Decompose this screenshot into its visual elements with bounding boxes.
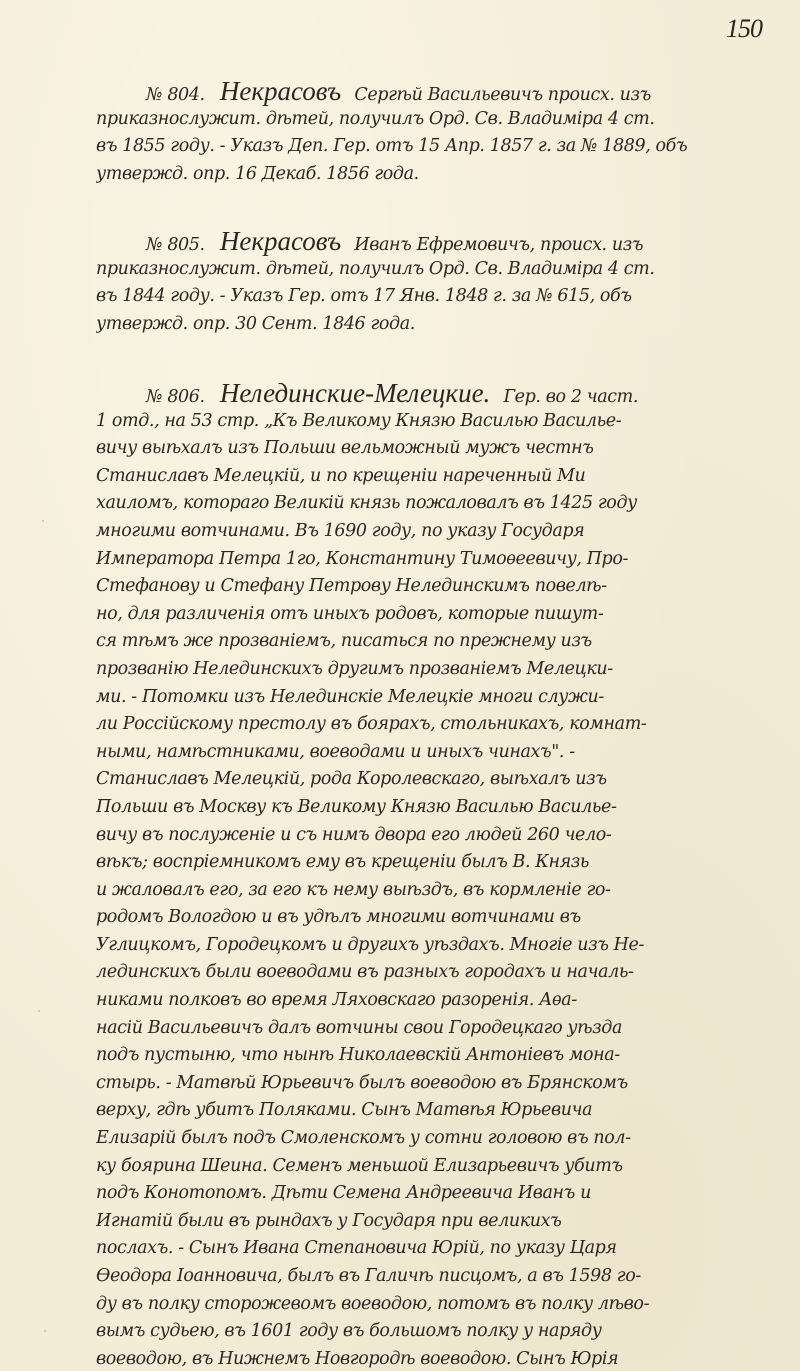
entry-text: Сергѣй Васильевичъ происх. изъ (354, 85, 651, 105)
entry-text-line: Углицкомъ, Городецкомъ и другихъ уѣздахъ… (96, 932, 766, 960)
entry-text-line: Станиславъ Мелецкій, рода Королевскаго, … (96, 766, 766, 794)
entry-text: Гер. во 2 част. (503, 387, 638, 407)
paper-speck (150, 1335, 152, 1337)
entry-805: № 805. Некрасовъ Иванъ Ефремовичъ, проис… (96, 228, 766, 338)
entry-text-line: вичу въ послуженіе и съ нимъ двора его л… (96, 822, 766, 850)
entry-text-line: подъ пустыню, что нынѣ Николаевскій Анто… (96, 1042, 766, 1070)
entry-text: Иванъ Ефремовичъ, происх. изъ (354, 235, 643, 255)
entry-text-line: 1 отд., на 53 стр. „Къ Великому Князю Ва… (96, 408, 766, 436)
entry-text-line: въ 1855 году. - Указъ Деп. Гер. отъ 15 А… (96, 133, 766, 161)
paper-speck (38, 1010, 40, 1012)
entry-text-line: лединскихъ были воеводами въ разныхъ гор… (96, 959, 766, 987)
entry-text-line: приказнослужит. дѣтей, получилъ Орд. Св.… (96, 106, 766, 134)
entry-text-line: ся тѣмъ же прозваніемъ, писаться по преж… (96, 628, 766, 656)
entry-text-line: ду въ полку сторожевомъ воеводою, потомъ… (96, 1291, 766, 1319)
entry-text-line: хаиломъ, котораго Великій князь пожалова… (96, 490, 766, 518)
entry-surname: Некрасовъ (220, 228, 341, 256)
entry-surname: Нелединские-Мелецкие. (220, 380, 490, 408)
entry-text-line: стырь. - Матвѣй Юрьевичъ былъ воеводою в… (96, 1070, 766, 1098)
entry-surname: Некрасовъ (220, 78, 341, 106)
entry-text-line: утвержд. опр. 30 Сент. 1846 года. (96, 311, 766, 339)
entry-text-line: вымъ судьею, въ 1601 году въ большомъ по… (96, 1318, 766, 1346)
entry-text-line: насій Васильевичъ далъ вотчины свои Горо… (96, 1015, 766, 1043)
entry-text-line: родомъ Вологдою и въ удѣлъ многими вотчи… (96, 904, 766, 932)
entry-text-line: Ѳеодора Іоанновича, былъ въ Галичѣ писцо… (96, 1263, 766, 1291)
entry-text-line: ными, намѣстниками, воеводами и иныхъ чи… (96, 739, 766, 767)
entry-number: № 804. (146, 85, 205, 105)
entry-text-line: подъ Конотопомъ. Дѣти Семена Андреевича … (96, 1180, 766, 1208)
entry-text-line: Польши въ Москву къ Великому Князю Васил… (96, 794, 766, 822)
paper-speck (42, 520, 44, 522)
entry-number: № 805. (146, 235, 205, 255)
entry-text-line: ку боярина Шеина. Семенъ меньшой Елизарь… (96, 1153, 766, 1181)
entry-text-line: утвержд. опр. 16 Декаб. 1856 года. (96, 161, 766, 189)
entry-text-line: никами полковъ во время Ляховскаго разор… (96, 987, 766, 1015)
entry-text-line: многими вотчинами. Въ 1690 году, по указ… (96, 518, 766, 546)
entry-heading-line: № 806. Нелединские-Мелецкие. Гер. во 2 ч… (96, 380, 766, 408)
entry-text-line: въ 1844 году. - Указъ Гер. отъ 17 Янв. 1… (96, 283, 766, 311)
entry-text-line: Елизарій былъ подъ Смоленскомъ у сотни г… (96, 1125, 766, 1153)
entry-text-line: Игнатій были въ рындахъ у Государя при в… (96, 1208, 766, 1236)
paper-speck (44, 1330, 46, 1332)
entry-number: № 806. (146, 387, 205, 407)
entry-text-line: ли Россійскому престолу въ боярахъ, стол… (96, 711, 766, 739)
entry-text-line: прозванію Нелединскихъ другимъ прозваніе… (96, 656, 766, 684)
entry-text-line: верху, гдѣ убитъ Поляками. Сынъ Матвѣя Ю… (96, 1097, 766, 1125)
entry-806: № 806. Нелединские-Мелецкие. Гер. во 2 ч… (96, 380, 766, 1371)
entry-text-line: вичу выѣхалъ изъ Польши вельможный мужъ … (96, 435, 766, 463)
document-page: 150 № 804. Некрасовъ Сергѣй Васильевичъ … (0, 0, 800, 1371)
entry-text-line: Императора Петра 1го, Константину Тимоѳе… (96, 546, 766, 574)
entry-804: № 804. Некрасовъ Сергѣй Васильевичъ прои… (96, 78, 766, 188)
entry-heading-line: № 804. Некрасовъ Сергѣй Васильевичъ прои… (96, 78, 766, 106)
entry-heading-line: № 805. Некрасовъ Иванъ Ефремовичъ, проис… (96, 228, 766, 256)
entry-text-line: послахъ. - Сынъ Ивана Степановича Юрій, … (96, 1235, 766, 1263)
page-number: 150 (726, 14, 762, 44)
entry-text-line: и жаловалъ его, за его къ нему выѣздъ, в… (96, 877, 766, 905)
entry-text-line: воеводою, въ Нижнемъ Новгородѣ воеводою.… (96, 1346, 766, 1371)
entry-text-line: вѣкъ; воспріемникомъ ему въ крещеніи был… (96, 849, 766, 877)
entry-text-line: Стефанову и Стефану Петрову Нелединскимъ… (96, 573, 766, 601)
entry-text-line: но, для различенія отъ иныхъ родовъ, кот… (96, 601, 766, 629)
entry-text-line: ми. - Потомки изъ Нелединскіе Мелецкіе м… (96, 684, 766, 712)
entry-text-line: приказнослужит. дѣтей, получилъ Орд. Св.… (96, 256, 766, 284)
entry-text-line: Станиславъ Мелецкій, и по крещеніи нареч… (96, 463, 766, 491)
